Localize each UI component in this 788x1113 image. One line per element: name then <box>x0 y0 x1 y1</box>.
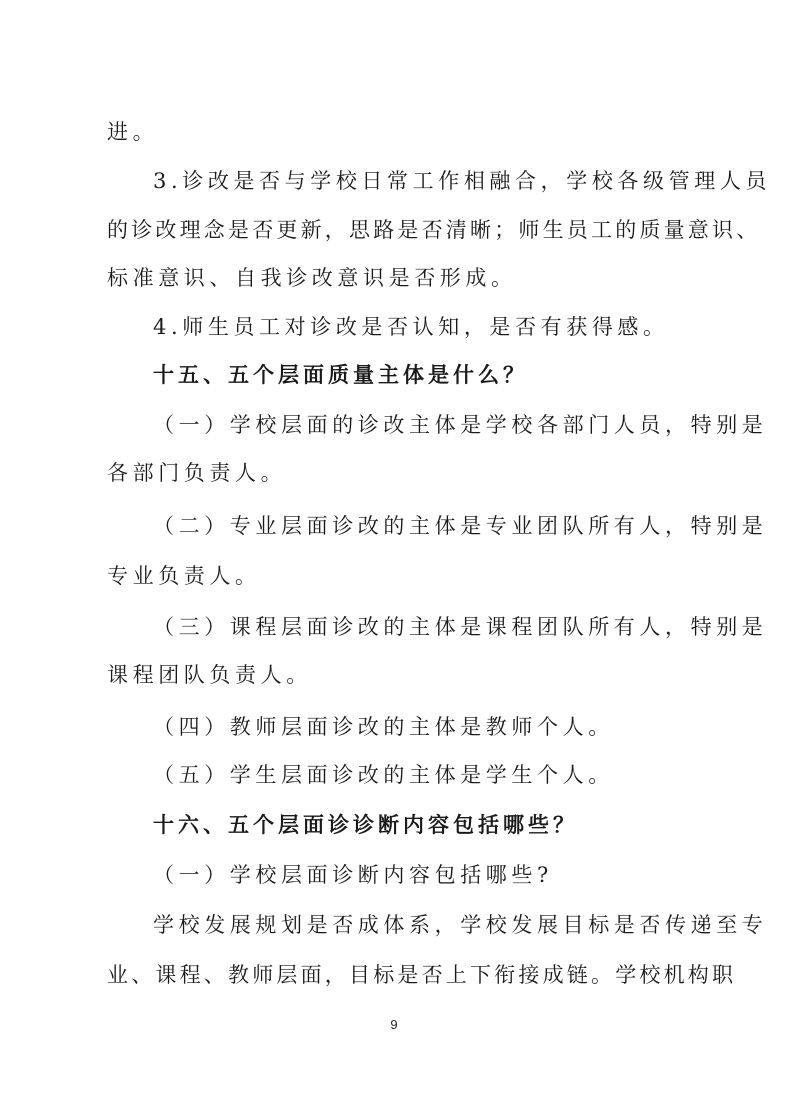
body-text-line: （五）学生层面诊改的主体是学生个人。 <box>153 760 682 790</box>
body-text-line: 进。 <box>107 117 682 147</box>
body-text-line: 专业负责人。 <box>107 561 682 591</box>
body-text-line: （一）学校层面的诊改主体是学校各部门人员，特别是 <box>153 410 682 440</box>
body-text-line: 标准意识、自我诊改意识是否形成。 <box>107 263 682 293</box>
section-heading: 十五、五个层面质量主体是什么？ <box>153 360 682 390</box>
body-text-line: （二）专业层面诊改的主体是专业团队所有人，特别是 <box>153 511 682 541</box>
body-text-line: 业、课程、教师层面，目标是否上下衔接成链。学校机构职 <box>107 960 682 990</box>
subsection-heading: （一）学校层面诊断内容包括哪些? <box>153 860 682 890</box>
body-text-line: （四）教师层面诊改的主体是教师个人。 <box>153 712 682 742</box>
body-text-line: （三）课程层面诊改的主体是课程团队所有人，特别是 <box>153 612 682 642</box>
document-page: 进。 3.诊改是否与学校日常工作相融合，学校各级管理人员 的诊改理念是否更新，思… <box>0 0 788 1113</box>
body-text-line: 学校发展规划是否成体系，学校发展目标是否传递至专 <box>153 910 682 940</box>
body-text-line: 课程团队负责人。 <box>107 660 682 690</box>
body-text-line: 3.诊改是否与学校日常工作相融合，学校各级管理人员 <box>153 166 682 196</box>
body-text-line: 4.师生员工对诊改是否认知，是否有获得感。 <box>153 312 682 342</box>
page-number: 9 <box>0 1017 788 1032</box>
body-text-line: 的诊改理念是否更新，思路是否清晰；师生员工的质量意识、 <box>107 215 682 245</box>
section-heading: 十六、五个层面诊诊断内容包括哪些？ <box>153 810 682 840</box>
body-text-line: 各部门负责人。 <box>107 458 682 488</box>
